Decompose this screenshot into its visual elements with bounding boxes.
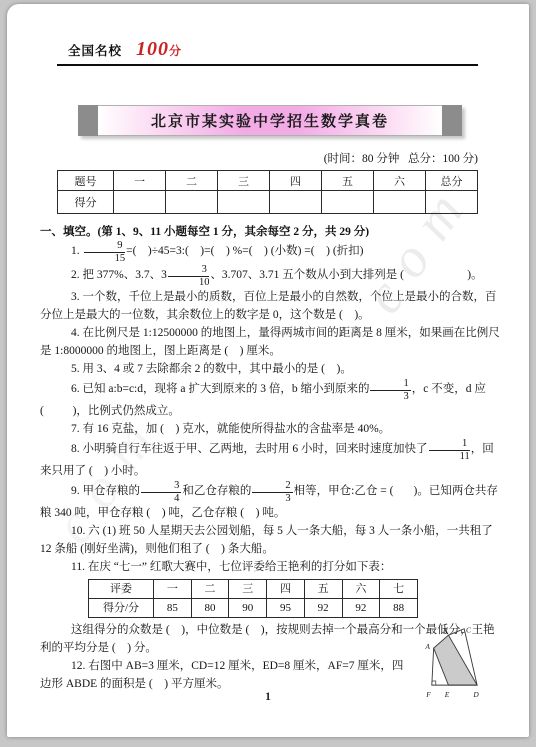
question: 3. 一个数，千位上是最小的质数，百位上是最小的自然数，个位上是最小的合数，百分… — [40, 288, 501, 324]
questions-area: 1. 915=( )÷45=3:( )=( ) %=( ) (小数) =( ) … — [40, 240, 501, 693]
table-cell: 六 — [374, 171, 426, 191]
geometry-figure: A B C D E F — [425, 625, 483, 699]
fraction: 310 — [168, 264, 210, 288]
table-cell: 总分 — [426, 171, 478, 191]
table-cell: 一 — [114, 171, 166, 191]
score-number: 100 — [136, 38, 169, 60]
table-cell: 一 — [154, 580, 192, 599]
section-heading: 一、填空。(第 1、9、11 小题每空 1 分，其余每空 2 分，共 29 分) — [40, 223, 369, 239]
exam-meta: (时间：80 分钟 总分：100 分) — [57, 150, 478, 166]
brand-score: 100分 — [136, 42, 181, 59]
exam-page: com com 全国名校100分 北京市某实验中学招生数学真卷 (时间：80 分… — [7, 4, 529, 737]
table-cell: 评委 — [89, 580, 154, 599]
table-cell — [218, 191, 270, 214]
table-cell: 三 — [229, 580, 267, 599]
table-cell — [374, 191, 426, 214]
point-label-C: C — [466, 626, 471, 635]
question: 7. 有 16 克盐，加 ( ) 克水，就能使所得盐水的含盐率是 40%。 — [40, 420, 501, 438]
table-cell: 五 — [322, 171, 374, 191]
table-cell: 六 — [342, 580, 380, 599]
table-cell: 七 — [380, 580, 418, 599]
question: 2. 把 377%、3.7、3310、3.707、3.71 五个数从小到大排列是… — [40, 264, 501, 288]
page-number: 1 — [7, 691, 529, 703]
table-cell: 二 — [166, 171, 218, 191]
questions-1-10: 1. 915=( )÷45=3:( )=( ) %=( ) (小数) =( ) … — [40, 240, 501, 558]
shaded-quad-ABDE — [434, 635, 477, 685]
question: 1. 915=( )÷45=3:( )=( ) %=( ) (小数) =( ) … — [40, 240, 501, 264]
table-cell — [166, 191, 218, 214]
point-label-B: B — [443, 626, 448, 635]
banner-right-block — [442, 105, 462, 136]
question: 8. 小明骑自行车往返于甲、乙两地，去时用 6 小时，回来时速度加快了111，回… — [40, 438, 501, 480]
table-cell — [114, 191, 166, 214]
table-cell: 四 — [270, 171, 322, 191]
score-table: 题号一二三四五六总分得分 — [57, 170, 478, 214]
table-cell — [426, 191, 478, 214]
table-cell — [322, 191, 374, 214]
viewer-background: com com 全国名校100分 北京市某实验中学招生数学真卷 (时间：80 分… — [0, 0, 536, 747]
table-cell: 90 — [229, 599, 267, 618]
question: 10. 六 (1) 班 50 人星期天去公园划船，每 5 人一条大船，每 3 人… — [40, 522, 501, 558]
table-cell: 85 — [154, 599, 192, 618]
table-cell: 二 — [191, 580, 229, 599]
question-12: 12. 右图中 AB=3 厘米，CD=12 厘米，ED=8 厘米，AF=7 厘米… — [40, 657, 412, 693]
question: 6. 已知 a:b=c:d，现将 a 扩大到原来的 3 倍，b 缩小到原来的13… — [40, 378, 501, 420]
banner-left-block — [78, 105, 98, 136]
question: 4. 在比例尺是 1:12500000 的地图上，量得两城市间的距离是 8 厘米… — [40, 324, 501, 360]
table-cell: 得分/分 — [89, 599, 154, 618]
table-cell: 得分 — [58, 191, 114, 214]
table-cell: 四 — [267, 580, 305, 599]
table-cell: 92 — [342, 599, 380, 618]
table-cell: 题号 — [58, 171, 114, 191]
judges-table: 评委一二三四五六七得分/分85809095929288 — [88, 579, 418, 618]
right-angle-mark-F — [432, 681, 436, 685]
fraction: 34 — [141, 480, 181, 504]
score-unit: 分 — [169, 44, 181, 58]
exam-title: 北京市某实验中学招生数学真卷 — [98, 105, 442, 136]
table-cell: 五 — [304, 580, 342, 599]
fraction: 915 — [84, 240, 126, 264]
fraction: 23 — [252, 480, 292, 504]
question: 5. 用 3、4 或 7 去除都余 2 的数中，其中最小的是 ( )。 — [40, 360, 501, 378]
table-cell: 80 — [191, 599, 229, 618]
title-banner: 北京市某实验中学招生数学真卷 — [78, 105, 462, 136]
table-cell: 88 — [380, 599, 418, 618]
brand-label: 全国名校 — [68, 44, 122, 58]
question: 9. 甲仓存粮的34和乙仓存粮的23相等，甲仓:乙仓 = ( )。已知两仓共存粮… — [40, 480, 501, 522]
page-header: 全国名校100分 — [57, 38, 478, 66]
table-cell — [270, 191, 322, 214]
fraction: 13 — [370, 378, 410, 402]
table-cell: 95 — [267, 599, 305, 618]
fraction: 111 — [429, 438, 470, 462]
point-label-A: A — [425, 642, 430, 651]
table-cell: 三 — [218, 171, 270, 191]
question-11-intro: 11. 在庆 “七一” 红歌大赛中，七位评委给王艳利的打分如下表： — [40, 558, 501, 576]
question-12-row: 12. 右图中 AB=3 厘米，CD=12 厘米，ED=8 厘米，AF=7 厘米… — [40, 657, 501, 693]
table-cell: 92 — [304, 599, 342, 618]
